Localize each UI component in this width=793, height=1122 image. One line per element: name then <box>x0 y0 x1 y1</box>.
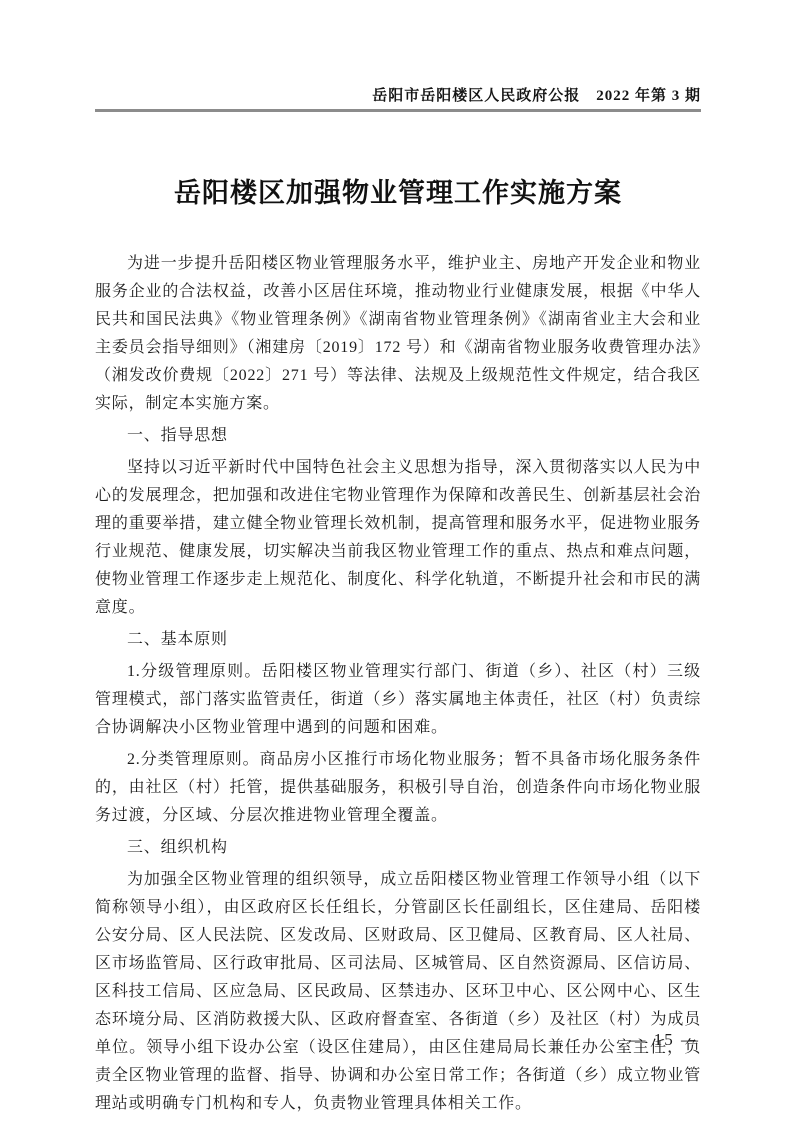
intro-paragraph: 为进一步提升岳阳楼区物业管理服务水平，维护业主、房地产开发企业和物业服务企业的合… <box>95 250 701 418</box>
section-1-paragraph: 坚持以习近平新时代中国特色社会主义思想为指导，深入贯彻落实以人民为中心的发展理念… <box>95 454 701 622</box>
document-title: 岳阳楼区加强物业管理工作实施方案 <box>95 174 701 212</box>
section-3-paragraph: 为加强全区物业管理的组织领导，成立岳阳楼区物业管理工作领导小组（以下简称领导小组… <box>95 866 701 1118</box>
section-heading-1: 一、指导思想 <box>95 422 701 450</box>
section-2-paragraph-2: 2.分类管理原则。商品房小区推行市场化物业服务；暂不具备市场化服务条件的，由社区… <box>95 746 701 830</box>
section-heading-2: 二、基本原则 <box>95 626 701 654</box>
page-number: — 15 — <box>629 1030 701 1050</box>
section-heading-3: 三、组织机构 <box>95 834 701 862</box>
document-body: 为进一步提升岳阳楼区物业管理服务水平，维护业主、房地产开发企业和物业服务企业的合… <box>95 250 701 1118</box>
header-rule <box>95 109 701 112</box>
gazette-page: 岳阳市岳阳楼区人民政府公报 2022 年第 3 期 岳阳楼区加强物业管理工作实施… <box>0 0 793 1122</box>
page-content: 岳阳市岳阳楼区人民政府公报 2022 年第 3 期 岳阳楼区加强物业管理工作实施… <box>95 0 701 1118</box>
gazette-header: 岳阳市岳阳楼区人民政府公报 2022 年第 3 期 <box>95 0 701 106</box>
section-2-paragraph-1: 1.分级管理原则。岳阳楼区物业管理实行部门、街道（乡）、社区（村）三级管理模式，… <box>95 658 701 742</box>
